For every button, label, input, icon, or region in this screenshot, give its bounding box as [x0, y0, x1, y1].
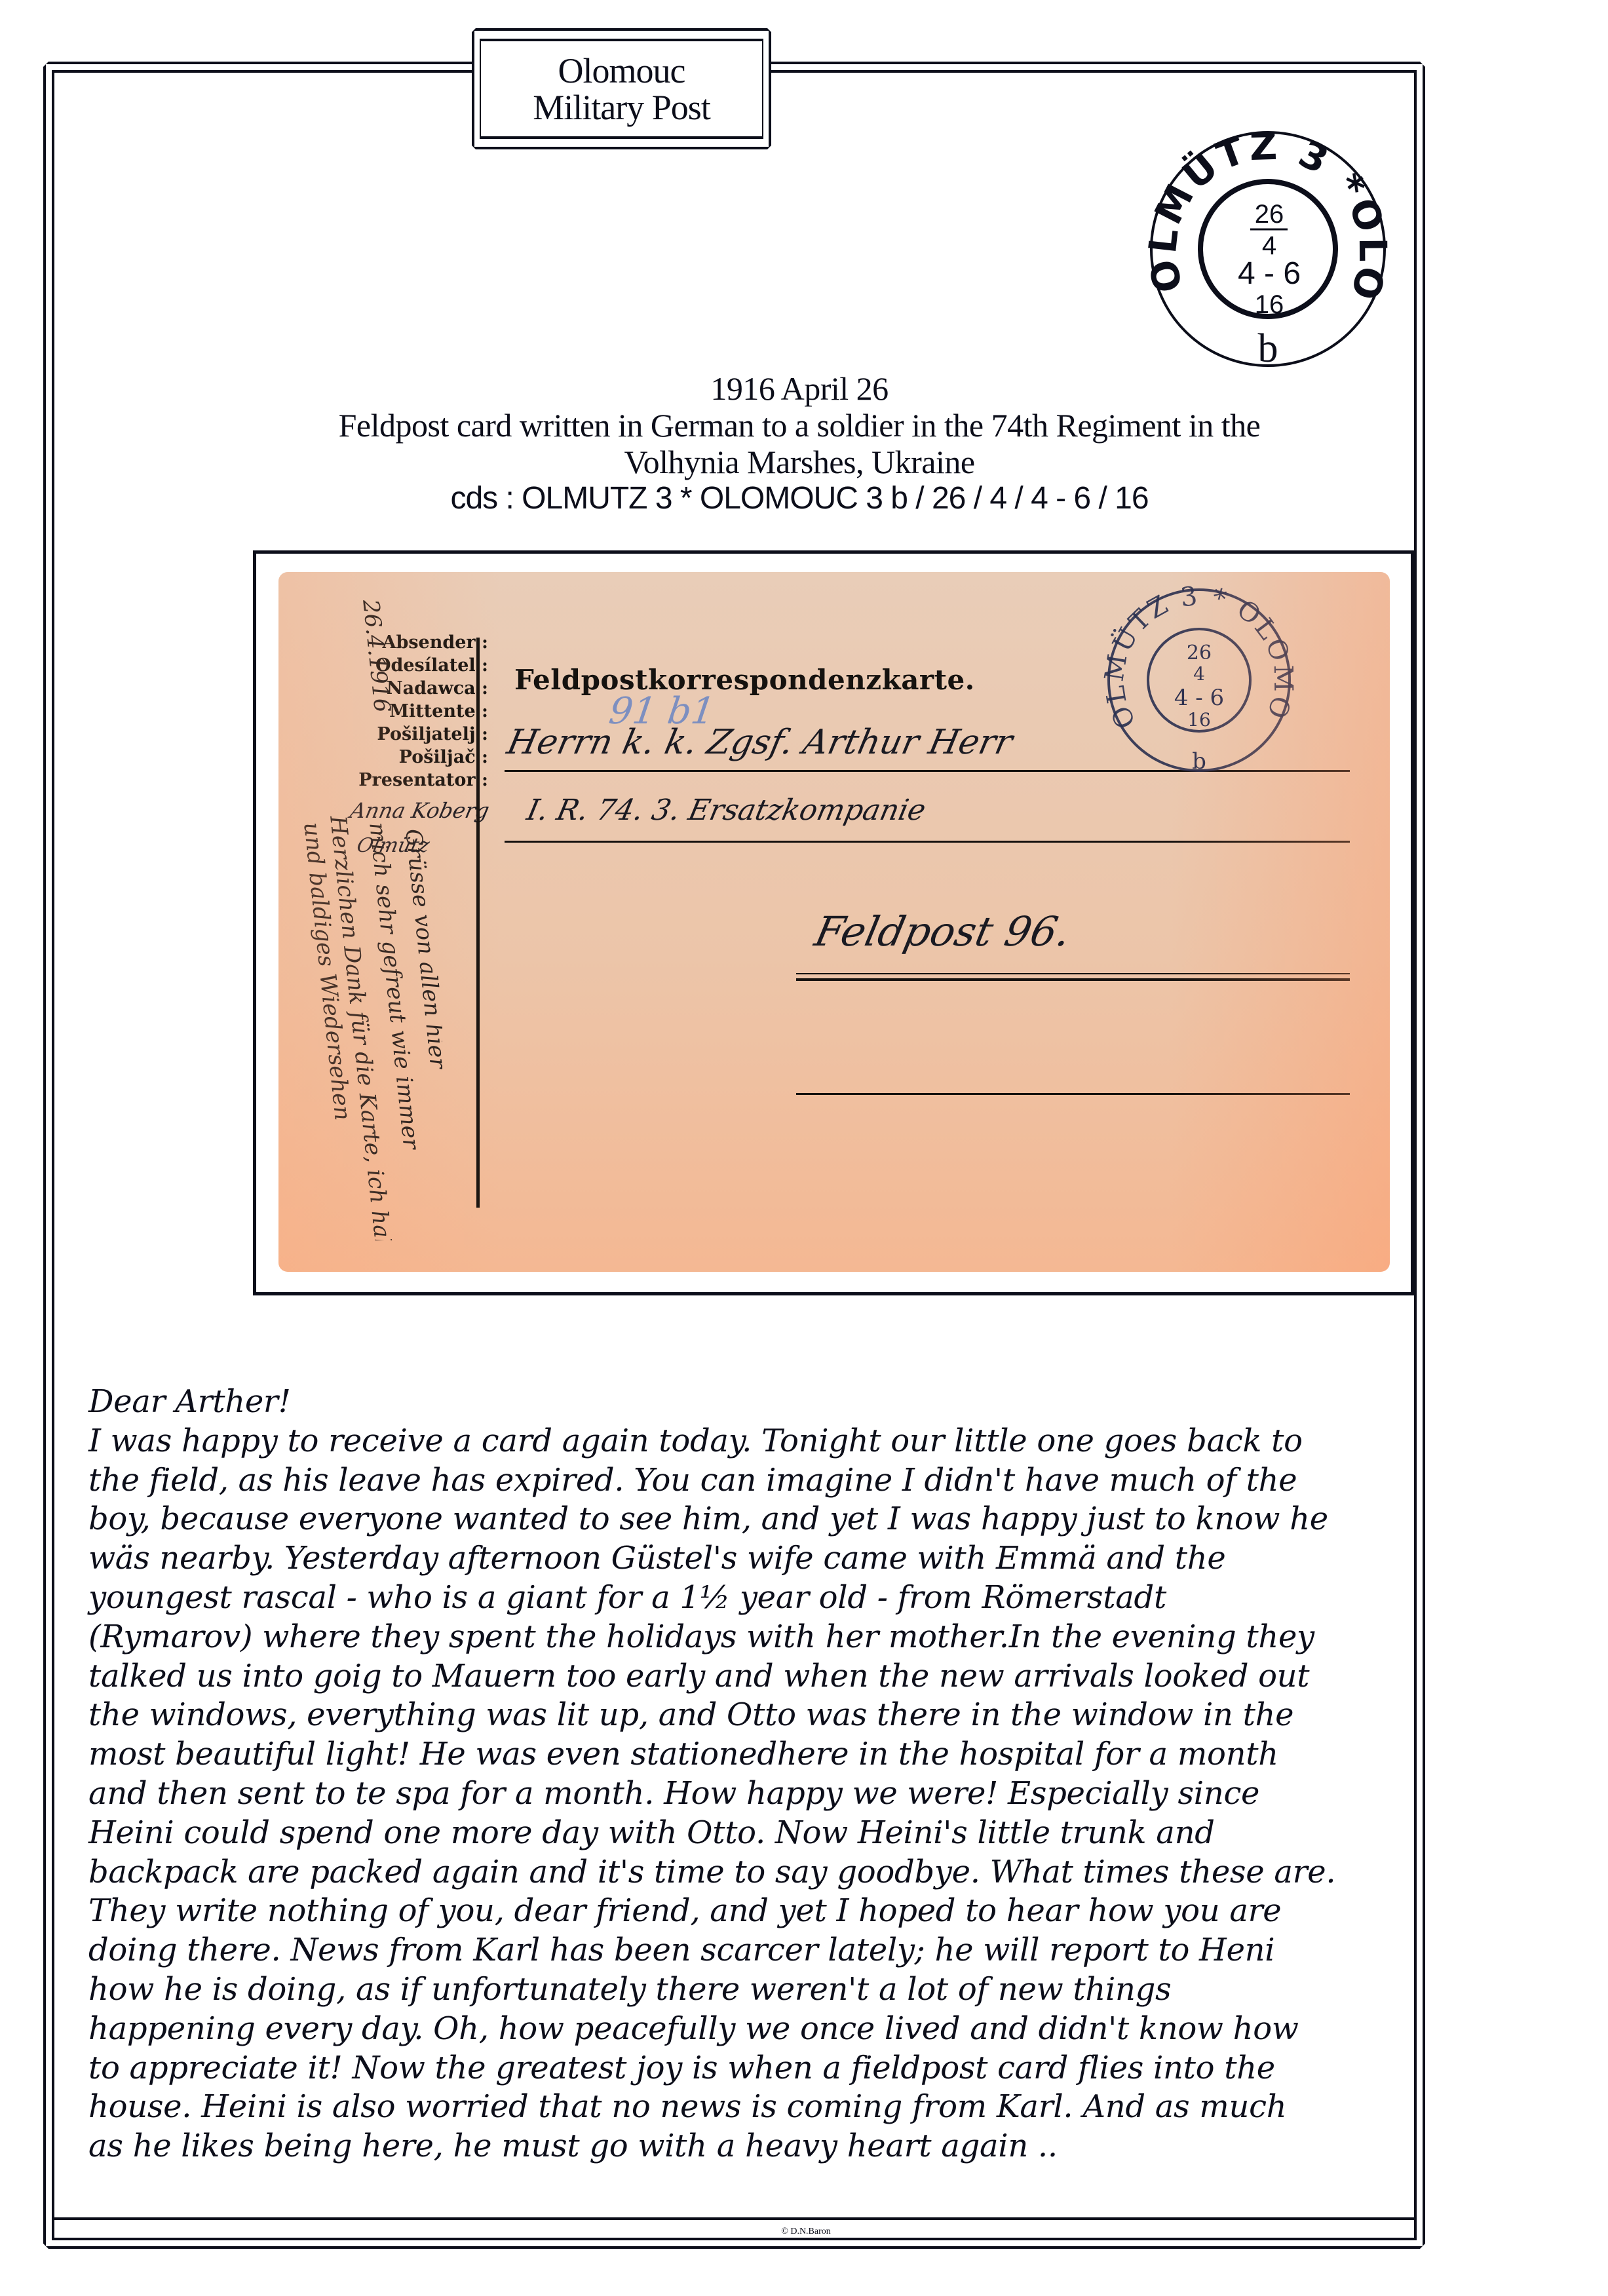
sender-labels: Absender : Odesílatel : Nadawca : Mitten… [324, 631, 488, 792]
footer-rule [52, 2217, 1417, 2220]
address-feldpost: Feldpost 96. [811, 908, 1075, 955]
card-divider [476, 638, 480, 1208]
postmark-day: 26 [1255, 200, 1284, 229]
copyright: © D.N.Baron [721, 2227, 891, 2237]
card-heading: Feldpostkorrespondenzkarte. [514, 664, 975, 696]
address-line [505, 841, 1350, 843]
letter-line: talked us into goig to Mauern too early … [88, 1657, 1464, 1696]
postcard-frame: 26.4.1916 Herzlichen Dank für die Karte,… [253, 550, 1414, 1295]
postmark-year: 16 [1255, 290, 1284, 319]
sender-city: Olmütz [354, 834, 431, 857]
letter-line: the windows, everything was lit up, and … [88, 1696, 1464, 1735]
address-unit: I. R. 74. 3. Ersatzkompanie [524, 794, 929, 827]
letter-line: the field, as his leave has expired. You… [88, 1461, 1464, 1501]
letter-line: Heini could spend one more day with Otto… [88, 1814, 1464, 1853]
letter-line: happening every day. Oh, how peacefully … [88, 2010, 1464, 2049]
svg-text:4: 4 [1193, 663, 1205, 685]
letter-line: doing there. News from Karl has been sca… [88, 1931, 1464, 1970]
svg-text:b: b [1192, 748, 1206, 775]
letter-line: backpack are packed again and it's time … [88, 1853, 1464, 1892]
item-cds: cds : OLMUTZ 3 * OLOMOUC 3 b / 26 / 4 / … [197, 480, 1402, 517]
postmark-illustration: OLMÜTZ 3 *OLOMOUC 3 b 26 4 4 - 6 16 [1143, 124, 1392, 373]
item-description-line: Feldpost card written in German to a sol… [197, 407, 1402, 444]
postmark-hours: 4 - 6 [1238, 256, 1301, 291]
letter-line: Dear Arther! [88, 1383, 1464, 1422]
letter-line: boy, because everyone wanted to see him,… [88, 1500, 1464, 1539]
address-line [796, 978, 1350, 981]
letter-translation: Dear Arther! I was happy to receive a ca… [88, 1383, 1464, 2166]
letter-line: and then sent to te spa for a month. How… [88, 1774, 1464, 1814]
item-description-line: Volhynia Marshes, Ukraine [197, 444, 1402, 480]
letter-line: (Rymarov) where they spent the holidays … [88, 1618, 1464, 1657]
feldpost-card: 26.4.1916 Herzlichen Dank für die Karte,… [278, 572, 1390, 1272]
title-box: Olomouc Military Post [472, 28, 771, 149]
letter-line: They write nothing of you, dear friend, … [88, 1892, 1464, 1931]
address-recipient: Herrn k. k. Zgsf. Arthur Herr [504, 723, 1016, 762]
item-date: 1916 April 26 [197, 370, 1402, 407]
sender-name: Anna Koberg [348, 798, 491, 823]
svg-text:26: 26 [1187, 641, 1212, 664]
item-description: 1916 April 26 Feldpost card written in G… [197, 370, 1402, 517]
address-line [796, 973, 1350, 974]
card-postmark: OLMÜTZ 3 * OLOMOUC 3 b 26 4 4 - 6 16 [1101, 582, 1297, 778]
page-subtitle: Military Post [533, 89, 710, 126]
letter-line: house. Heini is also worried that no new… [88, 2088, 1464, 2127]
letter-line: wäs nearby. Yesterday afternoon Güstel's… [88, 1539, 1464, 1578]
svg-text:4 - 6: 4 - 6 [1174, 685, 1224, 711]
postmark-b: b [1258, 326, 1278, 371]
address-line [796, 1093, 1350, 1095]
letter-line: I was happy to receive a card again toda… [88, 1422, 1464, 1461]
letter-line: as he likes being here, he must go with … [88, 2127, 1464, 2166]
letter-line: most beautiful light! He was even statio… [88, 1735, 1464, 1774]
page-title: Olomouc [558, 52, 685, 89]
letter-line: youngest rascal - who is a giant for a 1… [88, 1578, 1464, 1618]
letter-line: to appreciate it! Now the greatest joy i… [88, 2049, 1464, 2088]
svg-text:16: 16 [1187, 709, 1211, 731]
letter-line: how he is doing, as if unfortunately the… [88, 1970, 1464, 2010]
